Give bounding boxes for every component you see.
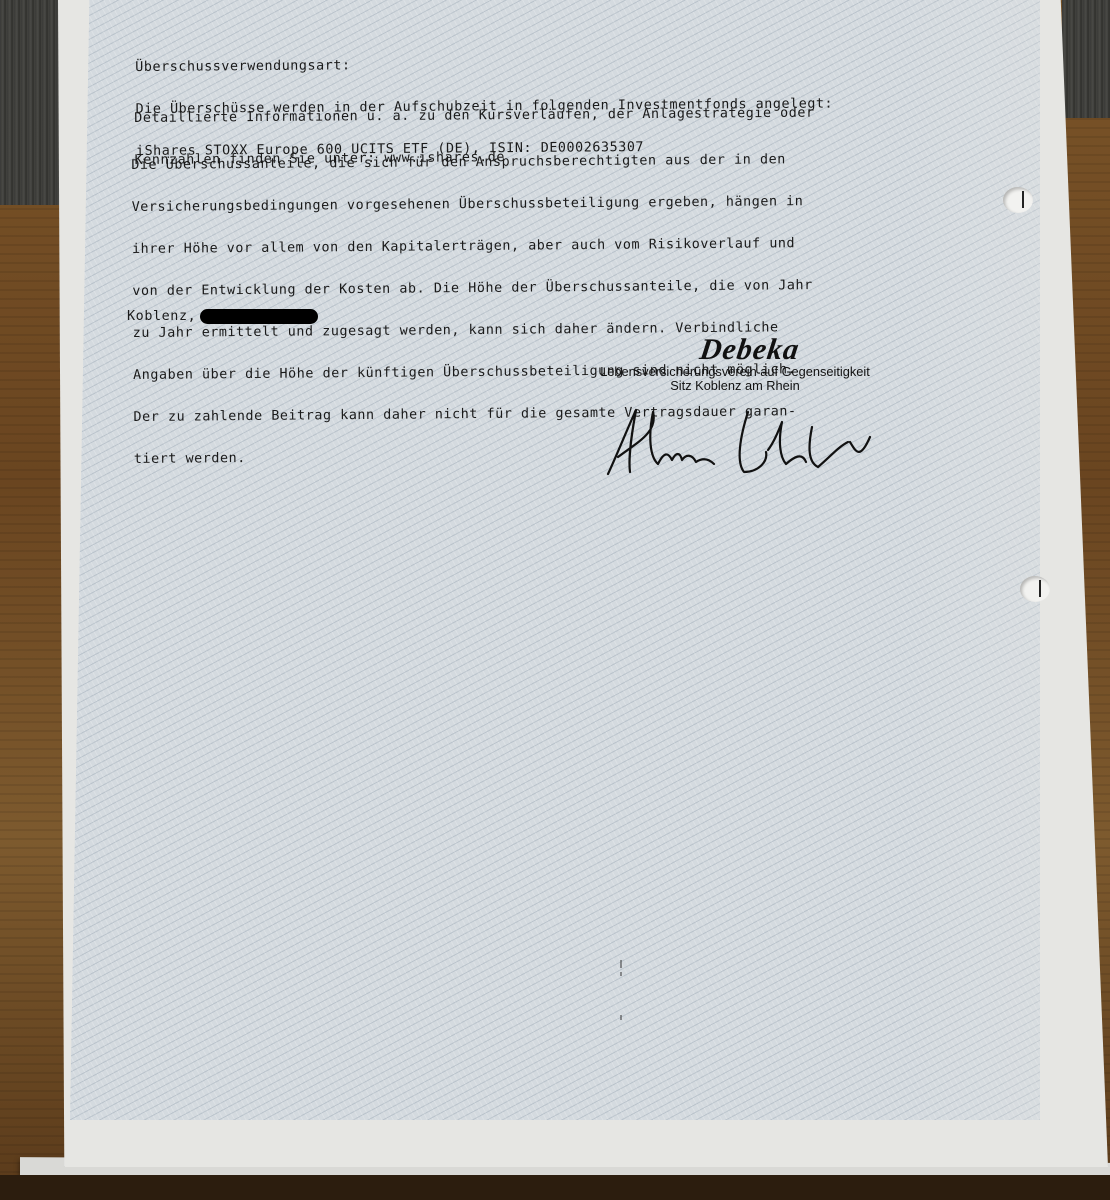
signature-block: Debeka Lebensversicherungsverein auf Geg… <box>585 335 885 393</box>
handwritten-signature <box>598 402 878 487</box>
fabric-mat-right <box>1062 0 1110 118</box>
organization-seat: Sitz Koblenz am Rhein <box>585 379 885 393</box>
punch-hole-top <box>1003 187 1033 213</box>
surplus-shares-line: Die Überschussanteile, die sich für den … <box>131 153 811 173</box>
surplus-shares-line: von der Entwicklung der Kosten ab. Die H… <box>132 279 812 299</box>
table-shadow <box>0 1175 1110 1200</box>
date-redaction-bar <box>200 309 318 324</box>
surplus-shares-line: ihrer Höhe vor allem von den Kapitalertr… <box>132 237 812 257</box>
fund-info-line: Detaillierte Informationen u. a. zu den … <box>134 107 814 126</box>
debeka-logo: Debeka <box>698 335 802 365</box>
fabric-mat-left <box>0 0 62 205</box>
punch-hole-bottom <box>1020 576 1050 602</box>
print-artifact-marks <box>620 960 622 1020</box>
organization-name: Lebensversicherungsverein auf Gegenseiti… <box>585 365 885 379</box>
place-date-line: Koblenz, <box>127 309 318 324</box>
surplus-usage-heading: Überschussverwendungsart: <box>135 56 833 75</box>
pattern-fade <box>900 0 1040 1120</box>
place-label: Koblenz, <box>127 309 196 324</box>
surplus-shares-line: Versicherungsbedingungen vorgesehenen Üb… <box>132 195 812 215</box>
